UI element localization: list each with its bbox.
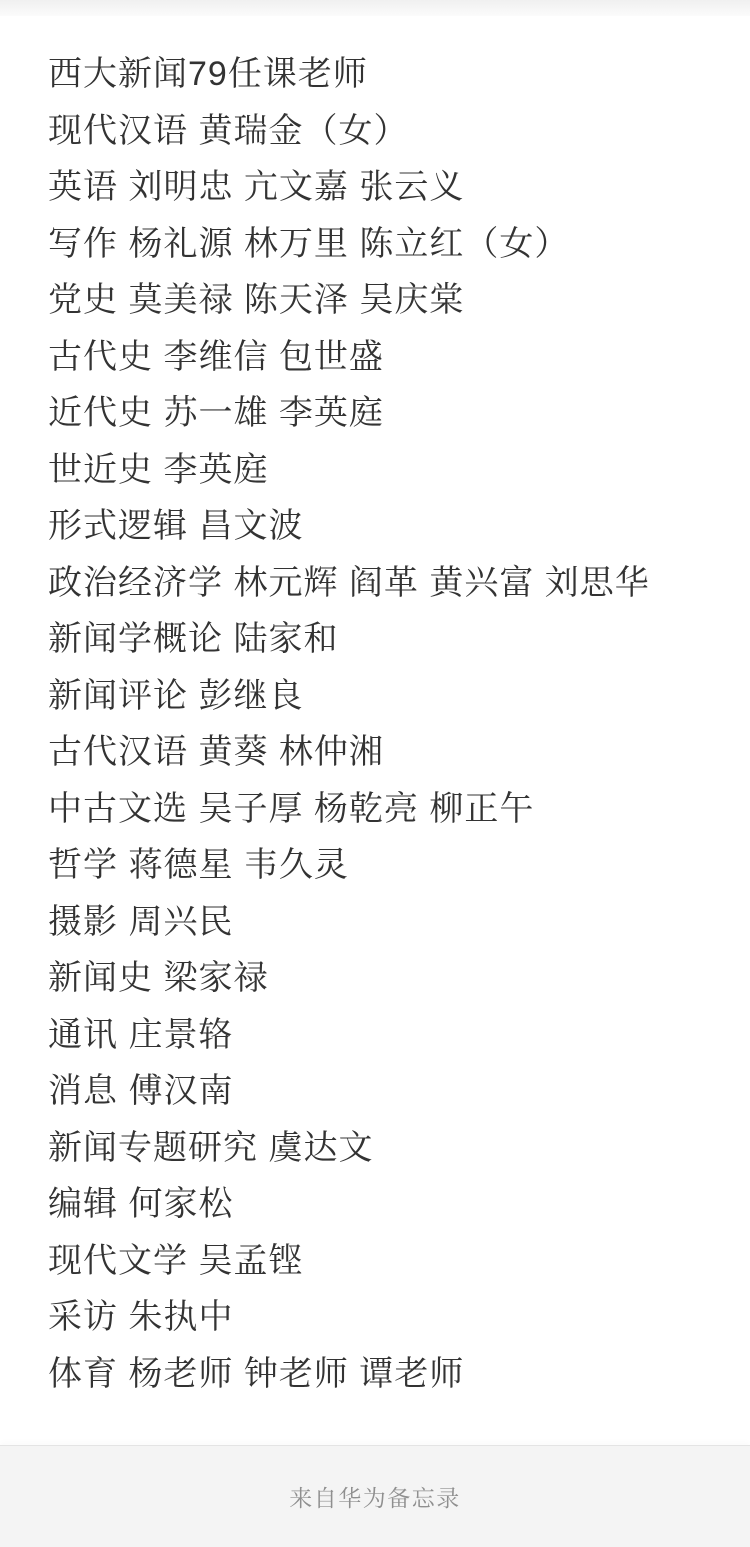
note-line: 党史 莫美禄 陈天泽 吴庆棠 (48, 272, 722, 329)
note-line: 新闻史 梁家禄 (48, 950, 722, 1007)
note-line: 现代汉语 黄瑞金（女） (48, 103, 722, 160)
source-footer: 来自华为备忘录 (0, 1445, 750, 1547)
note-line: 通讯 庄景辂 (48, 1007, 722, 1064)
note-line: 形式逻辑 昌文波 (48, 498, 722, 555)
note-line: 哲学 蒋德星 韦久灵 (48, 837, 722, 894)
note-line: 政治经济学 林元辉 阎革 黄兴富 刘思华 (48, 555, 722, 612)
note-line: 新闻学概论 陆家和 (48, 611, 722, 668)
note-line: 摄影 周兴民 (48, 894, 722, 951)
card-top-edge (0, 0, 750, 16)
note-line: 近代史 苏一雄 李英庭 (48, 385, 722, 442)
note-line: 英语 刘明忠 亢文嘉 张云义 (48, 159, 722, 216)
note-title: 西大新闻79任课老师 (48, 46, 722, 103)
note-line: 体育 杨老师 钟老师 谭老师 (48, 1346, 722, 1403)
note-line: 消息 傅汉南 (48, 1063, 722, 1120)
note-content: 西大新闻79任课老师 现代汉语 黄瑞金（女）英语 刘明忠 亢文嘉 张云义写作 杨… (48, 46, 722, 1402)
source-label: 来自华为备忘录 (289, 1480, 461, 1513)
note-line: 古代史 李维信 包世盛 (48, 329, 722, 386)
note-line: 新闻专题研究 虞达文 (48, 1120, 722, 1177)
note-line: 采访 朱执中 (48, 1289, 722, 1346)
note-line: 中古文选 吴子厚 杨乾亮 柳正午 (48, 781, 722, 838)
note-line: 写作 杨礼源 林万里 陈立红（女） (48, 216, 722, 273)
note-line: 编辑 何家松 (48, 1176, 722, 1233)
note-line-list: 现代汉语 黄瑞金（女）英语 刘明忠 亢文嘉 张云义写作 杨礼源 林万里 陈立红（… (48, 103, 722, 1403)
note-line: 世近史 李英庭 (48, 442, 722, 499)
note-line: 新闻评论 彭继良 (48, 668, 722, 725)
note-line: 现代文学 吴孟铿 (48, 1233, 722, 1290)
note-line: 古代汉语 黄葵 林仲湘 (48, 724, 722, 781)
